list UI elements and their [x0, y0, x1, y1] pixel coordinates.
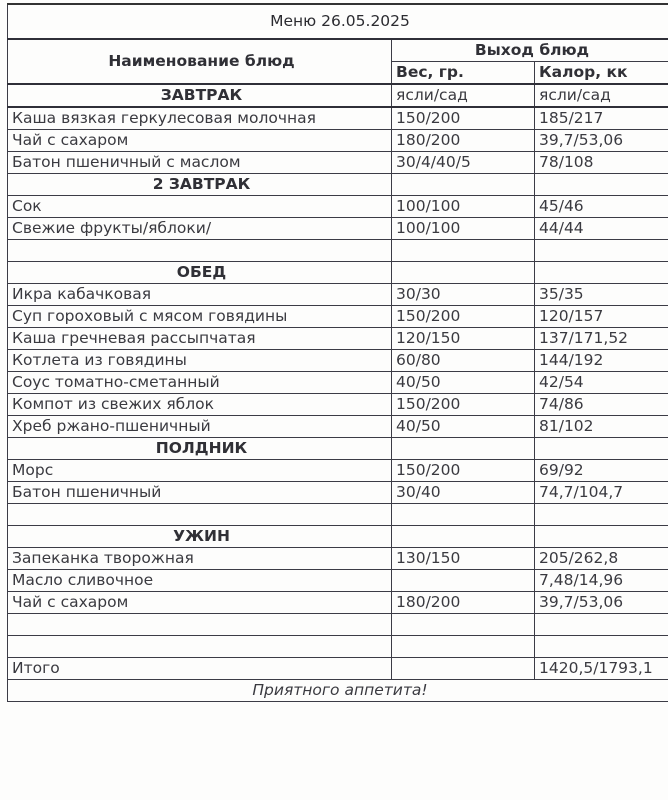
dish-weight: 130/150 — [392, 548, 535, 570]
dish-weight: 100/100 — [392, 196, 535, 218]
dish-weight: 30/30 — [392, 284, 535, 306]
table-row: Икра кабачковая 30/30 35/35 — [8, 284, 668, 306]
dish-calories: 69/92 — [535, 460, 668, 482]
age-label-weight: ясли/сад — [392, 84, 535, 107]
dish-calories: 205/262,8 — [535, 548, 668, 570]
section-title: ЗАВТРАК — [8, 84, 392, 107]
dish-weight: 150/200 — [392, 107, 535, 130]
weight-header: Вес, гр. — [392, 62, 535, 85]
menu-title: Меню 26.05.2025 — [8, 4, 668, 39]
empty-row — [8, 504, 668, 526]
empty-cell — [535, 240, 668, 262]
dish-calories: 44/44 — [535, 218, 668, 240]
empty-cell — [535, 526, 668, 548]
dish-calories: 144/192 — [535, 350, 668, 372]
table-row: Соус томатно-сметанный 40/50 42/54 — [8, 372, 668, 394]
table-row: Каша гречневая рассыпчатая 120/150 137/1… — [8, 328, 668, 350]
empty-cell — [392, 174, 535, 196]
dish-name: Сок — [8, 196, 392, 218]
section-row-breakfast: ЗАВТРАК ясли/сад ясли/сад — [8, 84, 668, 107]
empty-cell — [392, 504, 535, 526]
table-row: Компот из свежих яблок 150/200 74/86 — [8, 394, 668, 416]
dish-weight — [392, 570, 535, 592]
dish-name: Котлета из говядины — [8, 350, 392, 372]
empty-cell — [535, 636, 668, 658]
menu-table: Меню 26.05.2025 Наименование блюд Выход … — [7, 3, 668, 702]
dish-name: Хреб ржано-пшеничный — [8, 416, 392, 438]
dish-name: Чай с сахаром — [8, 592, 392, 614]
table-row: Чай с сахаром 180/200 39,7/53,06 — [8, 592, 668, 614]
dish-calories: 137/171,52 — [535, 328, 668, 350]
empty-cell — [535, 438, 668, 460]
total-row: Итого 1420,5/1793,1 — [8, 658, 668, 680]
table-row: Запеканка творожная 130/150 205/262,8 — [8, 548, 668, 570]
dish-weight: 40/50 — [392, 416, 535, 438]
dish-weight: 40/50 — [392, 372, 535, 394]
section-row-snack: ПОЛДНИК — [8, 438, 668, 460]
empty-cell — [8, 614, 392, 636]
empty-cell — [392, 526, 535, 548]
dish-weight: 120/150 — [392, 328, 535, 350]
dish-calories: 45/46 — [535, 196, 668, 218]
table-row: Морс 150/200 69/92 — [8, 460, 668, 482]
dish-weight: 180/200 — [392, 130, 535, 152]
dish-weight: 180/200 — [392, 592, 535, 614]
dish-calories: 7,48/14,96 — [535, 570, 668, 592]
dish-calories: 78/108 — [535, 152, 668, 174]
table-row: Масло сливочное 7,48/14,96 — [8, 570, 668, 592]
dish-calories: 42/54 — [535, 372, 668, 394]
dish-name: Икра кабачковая — [8, 284, 392, 306]
dish-name: Морс — [8, 460, 392, 482]
total-label: Итого — [8, 658, 392, 680]
output-header: Выход блюд — [392, 39, 668, 62]
table-row: Свежие фрукты/яблоки/ 100/100 44/44 — [8, 218, 668, 240]
empty-cell — [535, 262, 668, 284]
dish-calories: 39,7/53,06 — [535, 130, 668, 152]
dish-name: Чай с сахаром — [8, 130, 392, 152]
empty-cell — [392, 614, 535, 636]
table-row: Батон пшеничный 30/40 74,7/104,7 — [8, 482, 668, 504]
table-row: Хреб ржано-пшеничный 40/50 81/102 — [8, 416, 668, 438]
dish-name: Батон пшеничный — [8, 482, 392, 504]
empty-cell — [535, 614, 668, 636]
footer-row: Приятного аппетита! — [8, 680, 668, 702]
empty-cell — [392, 240, 535, 262]
dish-weight: 150/200 — [392, 306, 535, 328]
table-row: Чай с сахаром 180/200 39,7/53,06 — [8, 130, 668, 152]
age-label-calories: ясли/сад — [535, 84, 668, 107]
header-row: Наименование блюд Выход блюд — [8, 39, 668, 62]
section-title: УЖИН — [8, 526, 392, 548]
section-title: ОБЕД — [8, 262, 392, 284]
dish-name: Свежие фрукты/яблоки/ — [8, 218, 392, 240]
section-row-dinner: УЖИН — [8, 526, 668, 548]
dish-name: Батон пшеничный с маслом — [8, 152, 392, 174]
section-title: 2 ЗАВТРАК — [8, 174, 392, 196]
footer-message: Приятного аппетита! — [8, 680, 668, 702]
dish-calories: 74,7/104,7 — [535, 482, 668, 504]
table-row: Каша вязкая геркулесовая молочная 150/20… — [8, 107, 668, 130]
dish-calories: 120/157 — [535, 306, 668, 328]
empty-cell — [8, 240, 392, 262]
dish-name-header: Наименование блюд — [8, 39, 392, 84]
section-title: ПОЛДНИК — [8, 438, 392, 460]
section-row-second-breakfast: 2 ЗАВТРАК — [8, 174, 668, 196]
empty-row — [8, 614, 668, 636]
table-row: Сок 100/100 45/46 — [8, 196, 668, 218]
dish-calories: 81/102 — [535, 416, 668, 438]
dish-calories: 35/35 — [535, 284, 668, 306]
dish-name: Суп гороховый с мясом говядины — [8, 306, 392, 328]
menu-sheet: Меню 26.05.2025 Наименование блюд Выход … — [0, 0, 668, 800]
table-row: Суп гороховый с мясом говядины 150/200 1… — [8, 306, 668, 328]
section-row-lunch: ОБЕД — [8, 262, 668, 284]
dish-weight: 60/80 — [392, 350, 535, 372]
empty-cell — [392, 438, 535, 460]
empty-cell — [392, 262, 535, 284]
dish-name: Запеканка творожная — [8, 548, 392, 570]
calories-header: Калор, кк — [535, 62, 668, 85]
dish-calories: 185/217 — [535, 107, 668, 130]
dish-calories: 74/86 — [535, 394, 668, 416]
empty-cell — [8, 504, 392, 526]
dish-weight: 30/4/40/5 — [392, 152, 535, 174]
total-calories: 1420,5/1793,1 — [535, 658, 668, 680]
title-row: Меню 26.05.2025 — [8, 4, 668, 39]
dish-name: Компот из свежих яблок — [8, 394, 392, 416]
empty-cell — [535, 174, 668, 196]
dish-weight: 150/200 — [392, 394, 535, 416]
dish-name: Масло сливочное — [8, 570, 392, 592]
empty-row — [8, 240, 668, 262]
table-row: Котлета из говядины 60/80 144/192 — [8, 350, 668, 372]
dish-name: Соус томатно-сметанный — [8, 372, 392, 394]
empty-cell — [392, 636, 535, 658]
total-weight — [392, 658, 535, 680]
dish-name: Каша гречневая рассыпчатая — [8, 328, 392, 350]
table-row: Батон пшеничный с маслом 30/4/40/5 78/10… — [8, 152, 668, 174]
empty-cell — [8, 636, 392, 658]
dish-name: Каша вязкая геркулесовая молочная — [8, 107, 392, 130]
dish-weight: 150/200 — [392, 460, 535, 482]
empty-cell — [535, 504, 668, 526]
dish-weight: 30/40 — [392, 482, 535, 504]
empty-row — [8, 636, 668, 658]
dish-weight: 100/100 — [392, 218, 535, 240]
dish-calories: 39,7/53,06 — [535, 592, 668, 614]
